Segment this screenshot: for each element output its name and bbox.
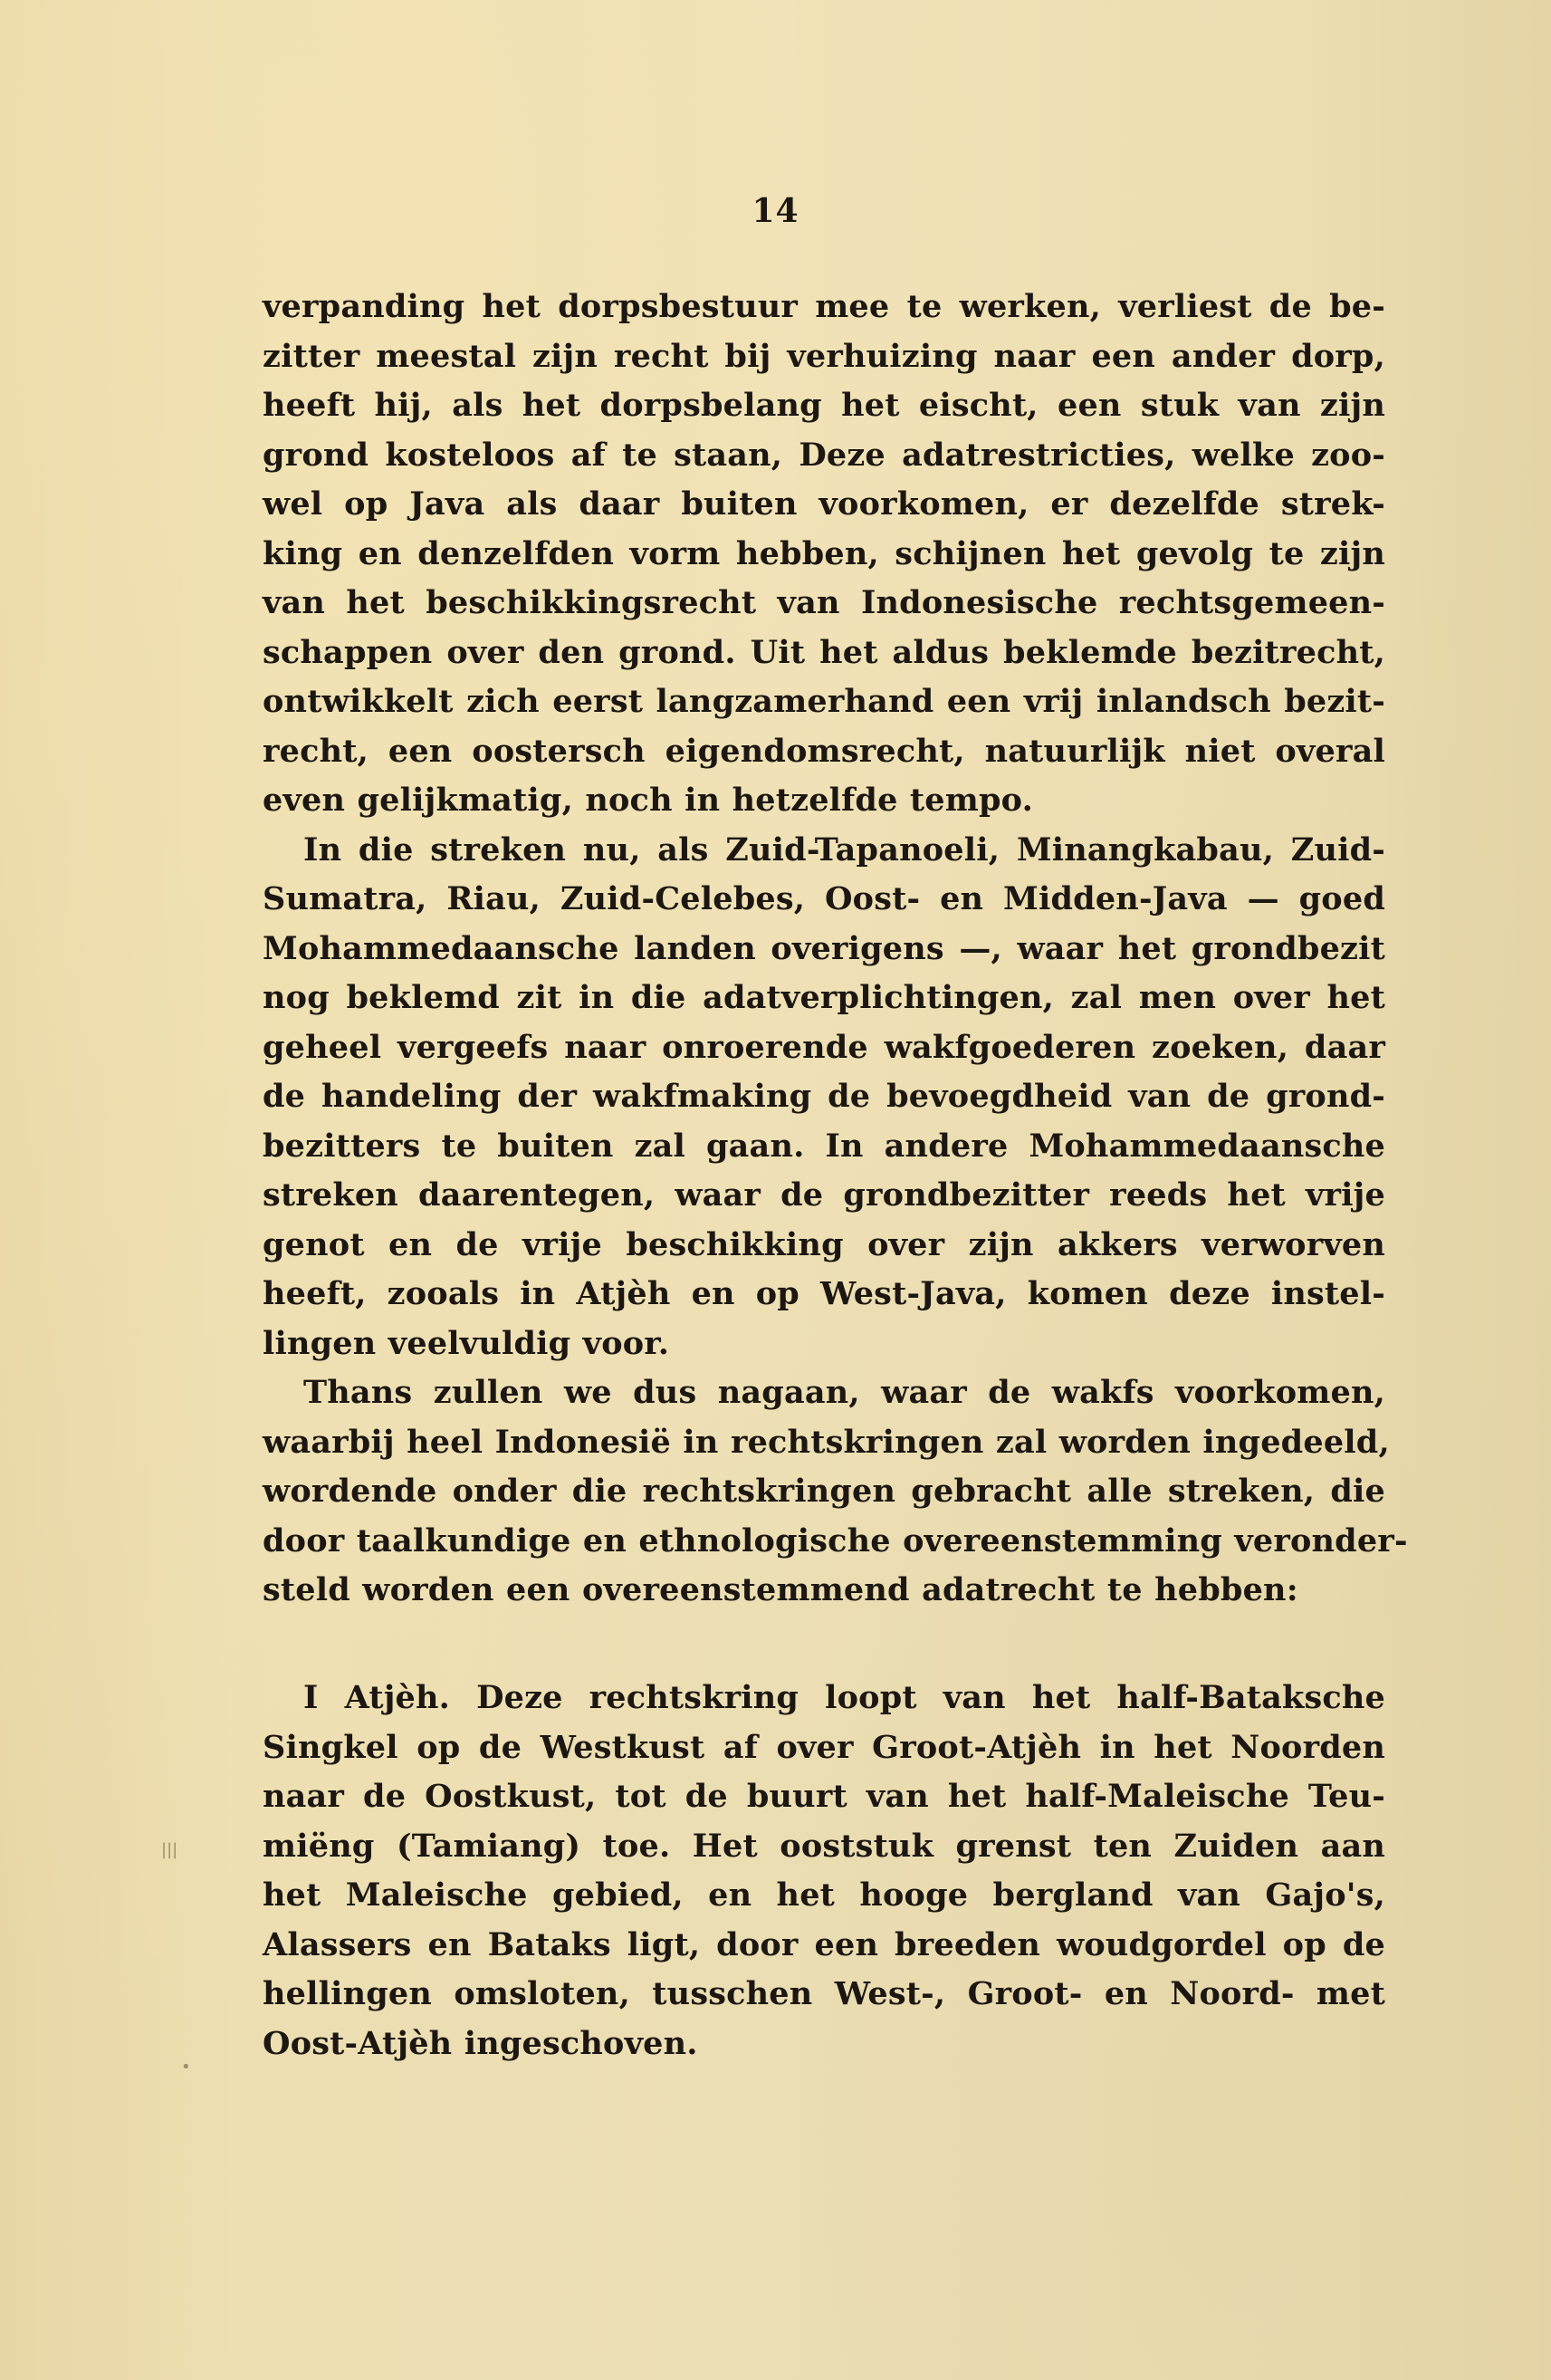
text-line: Sumatra, Riau, Zuid-Celebes, Oost- en Mi… <box>263 875 1385 925</box>
scan-artifact-mark: ||| <box>161 1840 177 1859</box>
text-line: king en denzelfden vorm hebben, schijnen… <box>263 530 1385 580</box>
text-line: streken daarentegen, waar de grondbezitt… <box>263 1171 1385 1221</box>
page-number: 14 <box>0 192 1551 230</box>
text-line: Singkel op de Westkust af over Groot-Atj… <box>263 1723 1385 1773</box>
text-line: van het beschikkingsrecht van Indonesisc… <box>263 579 1385 629</box>
paragraph-2: In die streken nu, als Zuid-Tapanoeli, M… <box>263 826 1385 1369</box>
text-line: door taalkundige en ethnologische overee… <box>263 1517 1385 1567</box>
text-line: verpanding het dorpsbestuur mee te werke… <box>263 283 1385 332</box>
text-line: wel op Java als daar buiten voorkomen, e… <box>263 480 1385 530</box>
text-line: zitter meestal zijn recht bij verhuizing… <box>263 332 1385 382</box>
text-line: miëng (Tamiang) toe. Het ooststuk grenst… <box>263 1822 1385 1872</box>
text-line: genot en de vrije beschikking over zijn … <box>263 1221 1385 1271</box>
text-line: waarbij heel Indonesië in rechtskringen … <box>263 1418 1385 1468</box>
text-line: hellingen omsloten, tusschen West-, Groo… <box>263 1970 1385 2020</box>
text-line: het Maleische gebied, en het hooge bergl… <box>263 1871 1385 1921</box>
section-atjeh: I Atjèh. Deze rechtskring loopt van het … <box>263 1674 1385 2068</box>
text-line: heeft hij, als het dorpsbelang het eisch… <box>263 381 1385 431</box>
body-text: verpanding het dorpsbestuur mee te werke… <box>263 283 1385 1616</box>
scanned-book-page: 14 verpanding het dorpsbestuur mee te we… <box>0 0 1551 2380</box>
text-line: naar de Oostkust, tot de buurt van het h… <box>263 1772 1385 1822</box>
scan-artifact-dot: • <box>181 2058 191 2077</box>
text-line: Oost-Atjèh ingeschoven. <box>263 2020 1385 2069</box>
text-line: In die streken nu, als Zuid-Tapanoeli, M… <box>263 826 1385 876</box>
text-line: ontwikkelt zich eerst langzamerhand een … <box>263 677 1385 727</box>
text-line: recht, een oostersch eigendomsrecht, nat… <box>263 727 1385 777</box>
text-line: Alassers en Bataks ligt, door een breede… <box>263 1921 1385 1971</box>
text-line: lingen veelvuldig voor. <box>263 1320 1385 1369</box>
text-line: even gelijkmatig, noch in hetzelfde temp… <box>263 776 1385 826</box>
text-line: nog beklemd zit in die adatverplichtinge… <box>263 974 1385 1023</box>
text-line: schappen over den grond. Uit het aldus b… <box>263 629 1385 678</box>
text-line: Mohammedaansche landen overigens —, waar… <box>263 925 1385 974</box>
text-line: wordende onder die rechtskringen gebrach… <box>263 1467 1385 1517</box>
paragraph-3: Thans zullen we dus nagaan, waar de wakf… <box>263 1368 1385 1616</box>
text-line: geheel vergeefs naar onroerende wakfgoed… <box>263 1023 1385 1073</box>
section-heading-line: I Atjèh. Deze rechtskring loopt van het … <box>263 1674 1385 1723</box>
text-line: grond kosteloos af te staan, Deze adatre… <box>263 431 1385 481</box>
text-line: de handeling der wakfmaking de bevoegdhe… <box>263 1072 1385 1122</box>
text-line: steld worden een overeenstemmend adatrec… <box>263 1566 1385 1616</box>
paragraph-1: verpanding het dorpsbestuur mee te werke… <box>263 283 1385 826</box>
text-line: heeft, zooals in Atjèh en op West-Java, … <box>263 1270 1385 1320</box>
text-line: Thans zullen we dus nagaan, waar de wakf… <box>263 1368 1385 1418</box>
text-line: bezitters te buiten zal gaan. In andere … <box>263 1122 1385 1172</box>
